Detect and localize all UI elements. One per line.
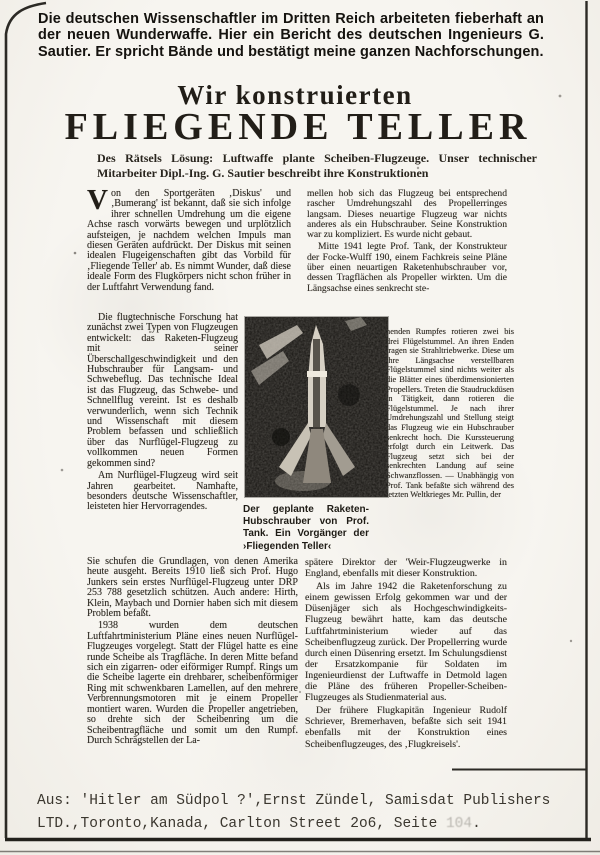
- photo-blotch: [338, 384, 360, 406]
- paragraph: Als im Jahre 1942 die Raketenforschung z…: [305, 581, 507, 703]
- source-line2: LTD.,Toronto,Kanada, Carlton Street 2o6,…: [37, 813, 582, 836]
- column-right-mid: henden Rumpfes rotieren zwei bis drei Fl…: [386, 327, 514, 500]
- scanned-article-page: Die deutschen Wissenschaftler im Dritten…: [0, 0, 600, 855]
- paragraph: Am Nurflügel-Flugzeug wird seit Jahren g…: [87, 471, 238, 513]
- source-page-number: 104: [446, 816, 472, 832]
- column-left-bottom: Sie schufen die Grundlagen, von denen Am…: [87, 557, 298, 746]
- drop-cap: V: [87, 189, 111, 211]
- paragraph: spätere Direktor der 'Weir-Flugzeugwerke…: [305, 557, 507, 579]
- paper-speck: [570, 640, 572, 642]
- photo-caption: Der geplante Raketen-Hubschrauber von Pr…: [243, 504, 369, 553]
- paragraph: 1938 wurden dem deutschen Luftfahrtminis…: [87, 621, 298, 746]
- source-line1: Aus: 'Hitler am Südpol ?',Ernst Zündel, …: [37, 790, 582, 813]
- paragraph: Der frühere Flugkapitän Ingenieur Rudolf…: [305, 705, 507, 749]
- paragraph: Sie schufen die Grundlagen, von denen Am…: [87, 557, 298, 619]
- paragraph: Die flugtechnische Forschung hat zunächs…: [87, 313, 238, 469]
- rocket-band: [307, 371, 327, 377]
- column-right-top: mellen hob sich das Flugzeug bei entspre…: [307, 189, 507, 294]
- column-right-bottom: spätere Direktor der 'Weir-Flugzeugwerke…: [305, 557, 507, 750]
- rocket-photo: [245, 317, 388, 497]
- paper-speck: [61, 469, 64, 472]
- paper-speck: [299, 691, 301, 693]
- paper-speck: [74, 252, 77, 255]
- source-attribution: Aus: 'Hitler am Südpol ?',Ernst Zündel, …: [37, 790, 582, 835]
- column-left-mid: Die flugtechnische Forschung hat zunächs…: [87, 311, 238, 513]
- paragraph: Mitte 1941 legte Prof. Tank, der Konstru…: [307, 242, 507, 293]
- subhead: Des Rätsels Lösung: Luftwaffe plante Sch…: [97, 151, 537, 180]
- source-line2-period: .: [472, 816, 481, 832]
- paragraph: mellen hob sich das Flugzeug bei entspre…: [307, 189, 507, 240]
- rocket-core-shadow: [313, 339, 320, 429]
- headline-line2: FLIEGENDE TELLER: [0, 105, 596, 149]
- intro-paragraph: Die deutschen Wissenschaftler im Dritten…: [38, 11, 544, 60]
- column-left-top: Von den Sportgeräten ‚Diskus' und ‚Bumer…: [87, 189, 291, 293]
- paragraph: henden Rumpfes rotieren zwei bis drei Fl…: [386, 327, 514, 500]
- paragraph: Von den Sportgeräten ‚Diskus' und ‚Bumer…: [87, 189, 291, 293]
- source-line2-text: LTD.,Toronto,Kanada, Carlton Street 2o6,…: [37, 816, 446, 832]
- paragraph-text: on den Sportgeräten ‚Diskus' und ‚Bumera…: [87, 188, 291, 293]
- photo-blotch: [272, 428, 290, 446]
